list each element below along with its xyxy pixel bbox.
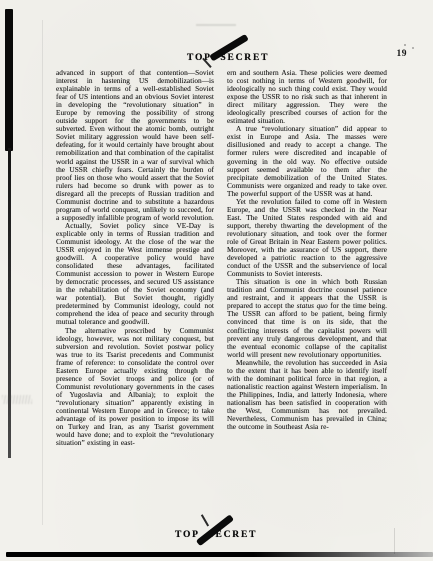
paragraph: Meanwhile, the revolution has succeeded …: [227, 359, 387, 431]
paragraph: A true “revolutionary situation” did app…: [227, 125, 387, 197]
scan-edge-left-line: [8, 148, 11, 458]
margin-smudge: [2, 395, 32, 404]
classification-stamp-text: TOP SECRET: [187, 53, 269, 63]
paragraph: Yet the revolution failed to come off in…: [227, 198, 387, 278]
fold-line: [394, 528, 395, 554]
scan-speck: [404, 44, 406, 46]
scan-edge-left-bar: [5, 9, 13, 151]
paragraph: This situation is one in which both Russ…: [227, 278, 387, 358]
text-column-left: advanced in support of that contention—S…: [56, 69, 214, 447]
scan-speck: [412, 47, 414, 49]
page-number: 19: [397, 49, 408, 59]
paragraph: ern and southern Asia. These policies we…: [227, 69, 387, 125]
document-body: advanced in support of that contention—S…: [56, 69, 387, 447]
page-edge-shadow: [42, 20, 43, 525]
scan-edge-bottom-bar: [6, 552, 433, 557]
scan-speck: [196, 24, 236, 26]
paragraph: The alternative prescribed by Communist …: [56, 327, 214, 448]
paragraph: advanced in support of that contention—S…: [56, 69, 214, 222]
document-page: TOP SECRET 19 advanced in support of tha…: [0, 0, 433, 561]
paragraph: Actually, Soviet policy since VE-Day is …: [56, 222, 214, 327]
text-column-right: ern and southern Asia. These policies we…: [227, 69, 387, 447]
